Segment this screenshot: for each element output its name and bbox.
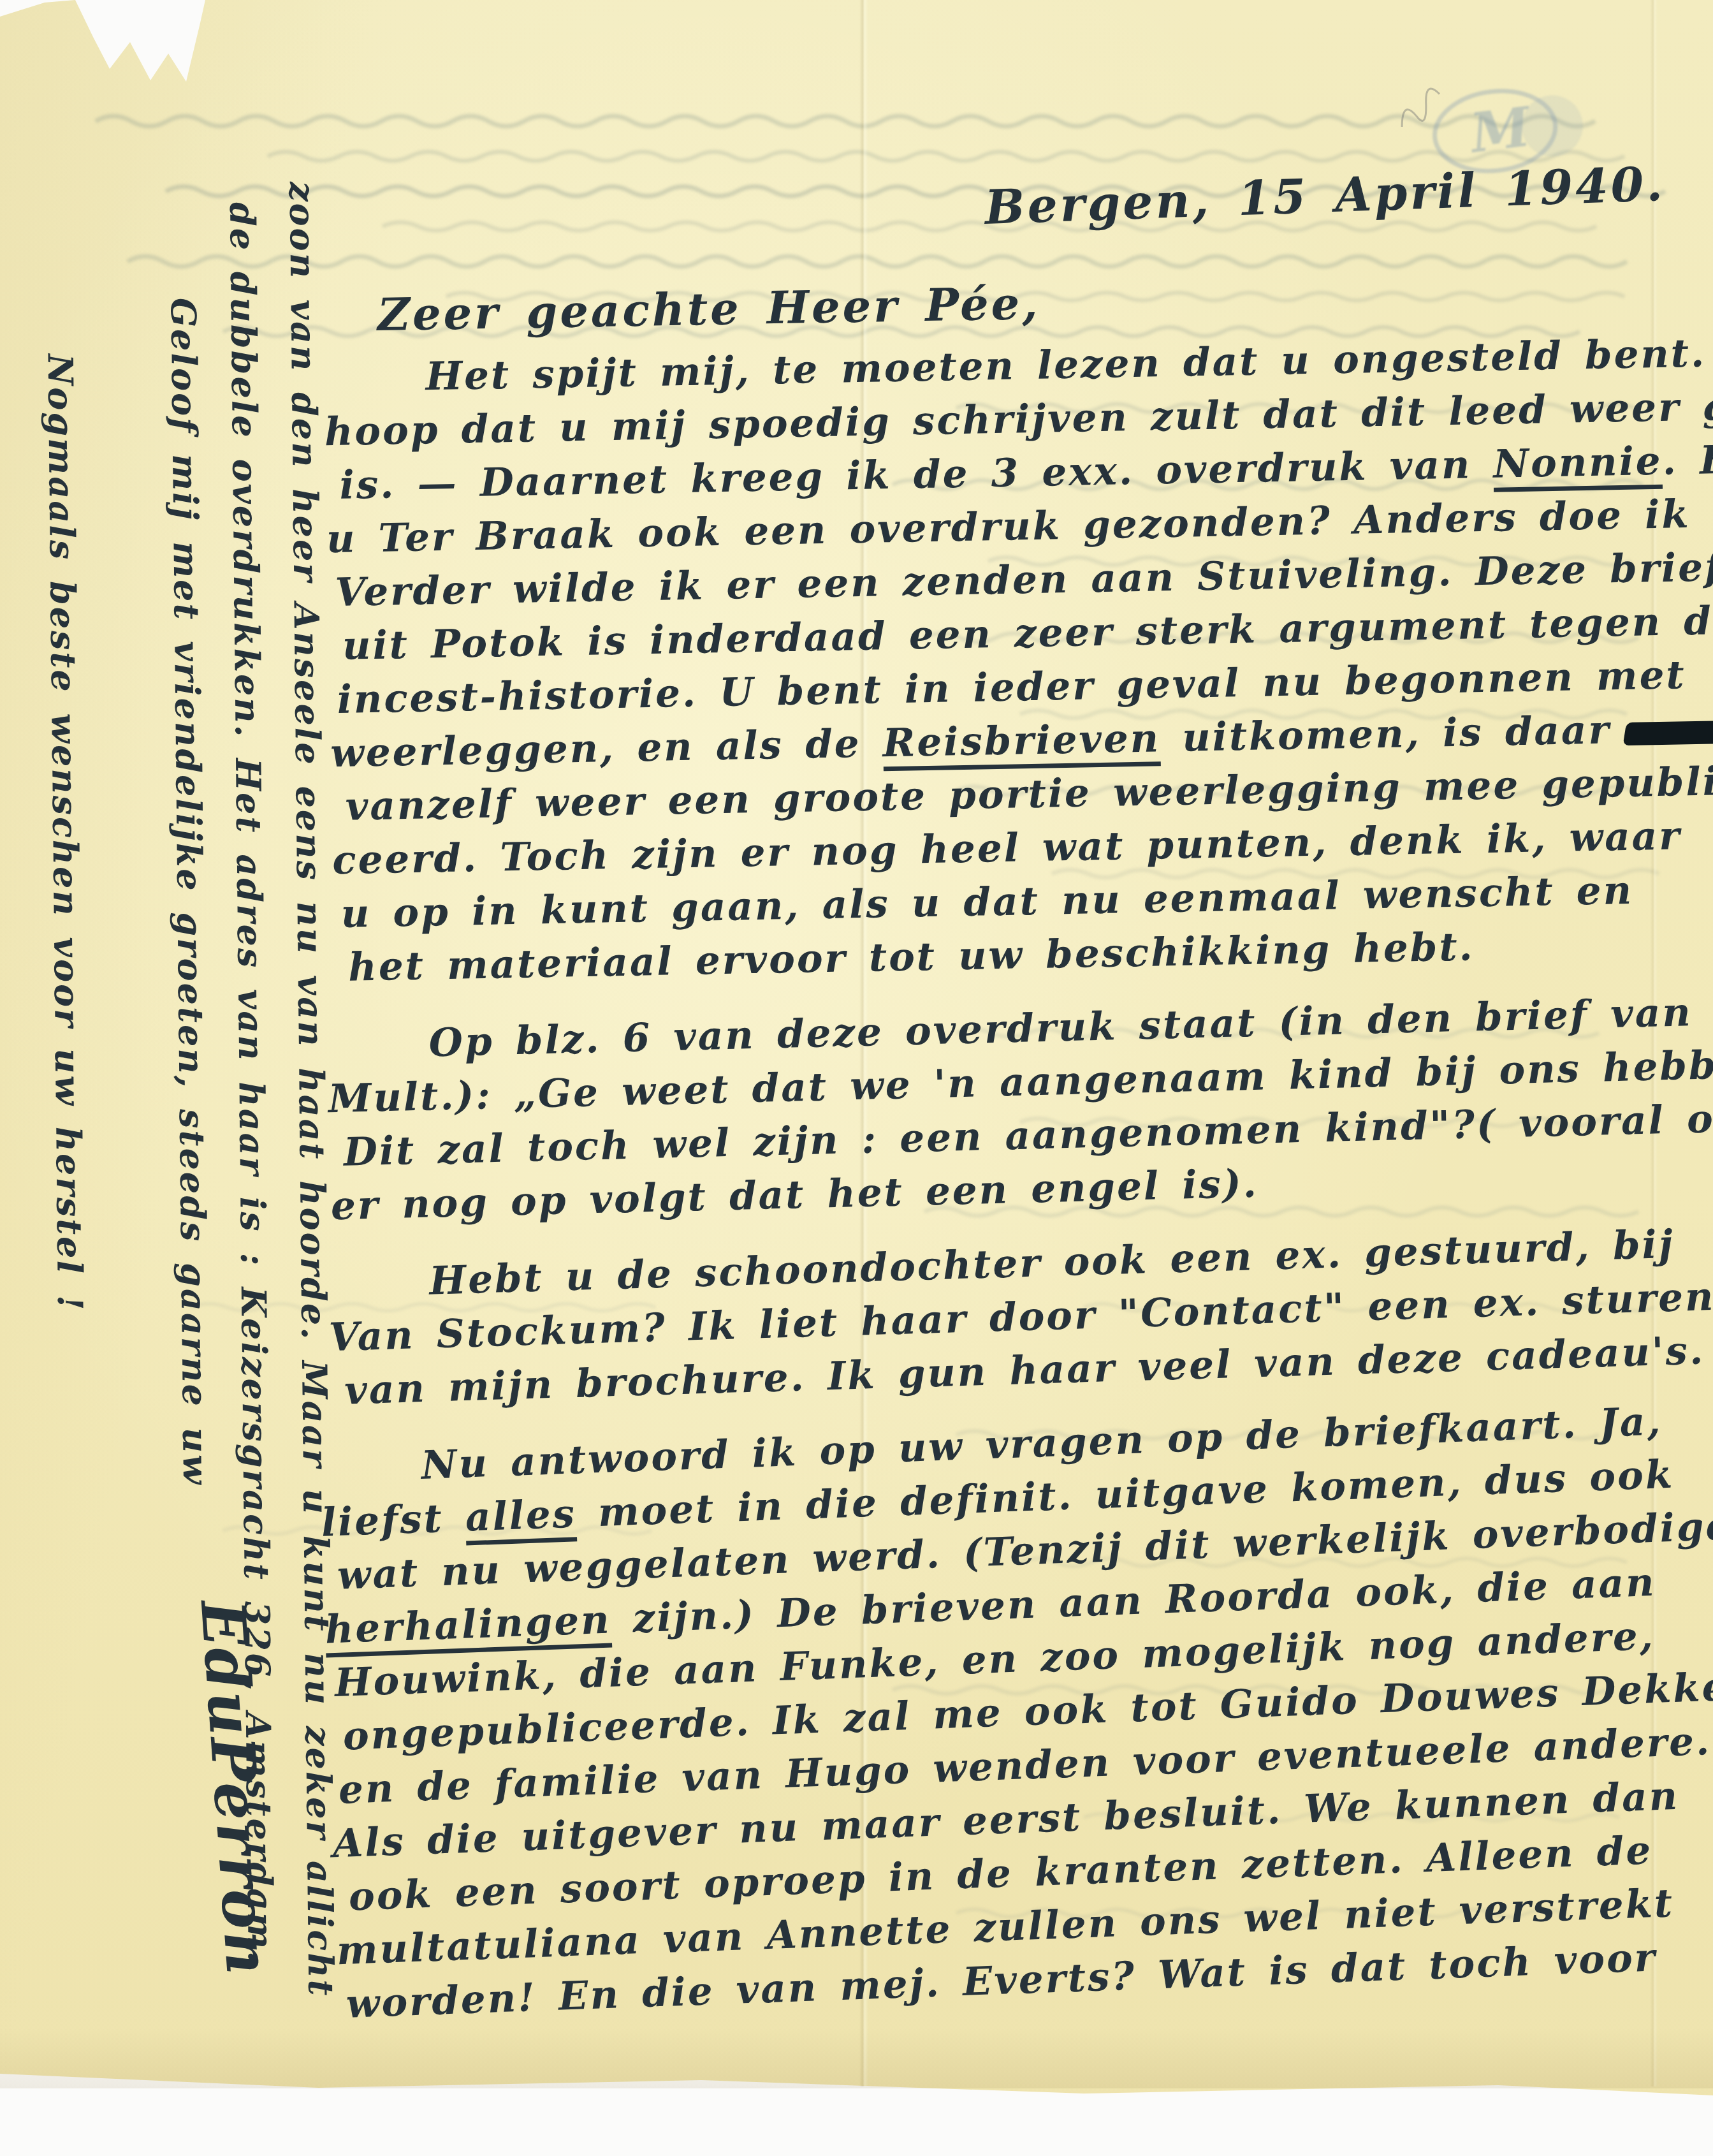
paragraph: Nu antwoord ik op uw vragen op de briefk… [326, 1394, 1710, 2032]
paragraph: Hebt u de schoondochter ook een ex. gest… [334, 1217, 1703, 1418]
letter-body: Het spijt mij, te moeten lezen dat u ong… [337, 352, 1701, 2056]
underlined-word: Nonnie [1493, 439, 1663, 492]
scanned-letter-page: M Bergen, 15 April 1940. Zeer geachte He… [0, 0, 1713, 2156]
text-segment: weerleggen, en als de [330, 721, 884, 776]
paragraph: Het spijt mij, te moeten lezen dat u ong… [331, 327, 1707, 995]
postscript: Nogmaals beste wenschen voor uw herstel … [28, 143, 107, 1993]
text-segment: uitkomen, is daar [1160, 707, 1611, 761]
text-segment: . Hebt [1662, 436, 1713, 483]
underlined-word: Reisbrieven [882, 715, 1161, 771]
paragraph: Op blz. 6 van deze overdruk staat (in de… [334, 986, 1703, 1233]
stamp-letter: M [1465, 95, 1535, 165]
underlined-word: alles [465, 1491, 578, 1545]
margin-note-rotated: zoon van den heer Anseele eens nu van ha… [28, 143, 332, 1993]
crossed-out-word [1622, 721, 1713, 745]
